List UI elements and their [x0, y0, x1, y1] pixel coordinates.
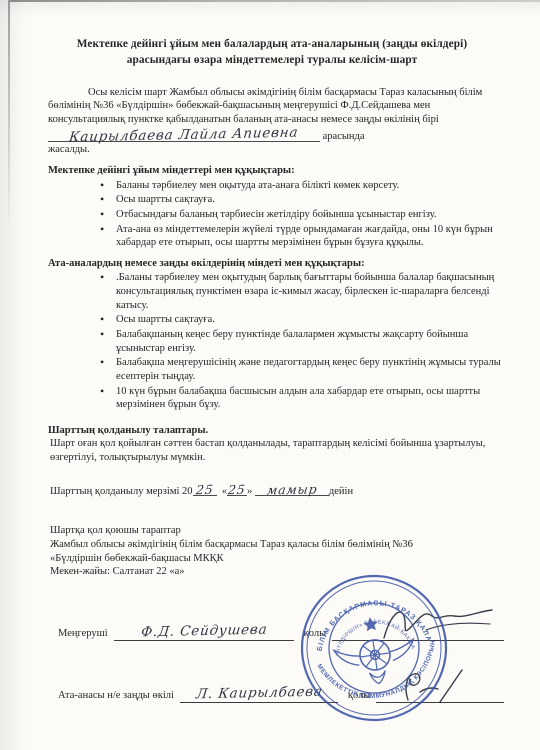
parent-name-blank: Каирылбаева Лайла Апиевна — [48, 127, 320, 142]
bullet-item: Осы шартты сақтауға. — [100, 313, 504, 327]
parent-signature-row: Ата-анасы н/е заңды өкілі Л. Каирылбаева… — [58, 685, 504, 703]
handwritten-month: мамыр — [266, 481, 318, 498]
day-blank: 25 — [227, 482, 247, 496]
scanned-contract-page: Мектепке дейінгі ұйым мен балалардың ата… — [0, 0, 540, 750]
manager-signature-blank — [332, 623, 504, 641]
parent-obligations-list: .Баланы тәрбиелеу мен оқытудың барлық ба… — [48, 271, 504, 411]
handwritten-manager-name: Ф.Д. Сейдушева — [139, 622, 267, 642]
intro-text: арасында — [323, 131, 365, 142]
parties-line: «Бүлдіршін бөбекжай-бақшасы МКҚК — [50, 552, 504, 566]
quote-close: » — [247, 486, 252, 497]
preschool-obligations-list: Баланы тәрбиелеу мен оқытуда ата-анаға б… — [48, 179, 504, 250]
signing-parties-block: Шартқа қол қоюшы тараптар Жамбыл облысы … — [50, 524, 504, 579]
scan-edge-artifact — [8, 0, 10, 230]
title-line: Мектепке дейінгі ұйым мен балалардың ата… — [50, 36, 494, 52]
document-title: Мектепке дейінгі ұйым мен балалардың ата… — [50, 36, 494, 69]
manager-signature-row: Меңгеруші Ф.Д. Сейдушева қолы — [58, 623, 504, 641]
bullet-item: Осы шартты сақтауға. — [100, 193, 504, 207]
parties-line: Мекен-жайы: Салтанат 22 «а» — [50, 565, 504, 579]
manager-sign-label: қолы — [294, 627, 333, 641]
handwritten-parent-shortname: Л. Каирылбаева — [195, 684, 324, 704]
handwritten-year: 25 — [195, 482, 214, 499]
intro-text: Осы келісім шарт Жамбыл облысы әкімдігін… — [48, 87, 482, 125]
parent-sign-label: қолы — [338, 689, 377, 703]
handwritten-parent-fullname: Каирылбаева Лайла Апиевна — [68, 124, 299, 146]
scan-edge-artifact — [10, 0, 540, 2]
terms-heading: Шарттың қолданылу талаптары. — [48, 424, 504, 438]
bullet-item: Баланы тәрбиелеу мен оқытуда ата-анаға б… — [100, 179, 504, 193]
manager-label: Меңгеруші — [58, 627, 114, 641]
handwritten-day: 25 — [227, 482, 246, 499]
terms-body: Шарт оған қол қойылған сәттен бастап қол… — [50, 437, 504, 464]
parent-signature-stroke — [390, 666, 480, 706]
validity-date-line: Шарттың қолданылу мерзімі 2025 «25» мамы… — [50, 482, 504, 499]
bullet-item: Балабақша меңгерушісінің және педагогтар… — [100, 356, 504, 383]
year-blank: 25 — [193, 482, 217, 496]
bullet-item: Балабақшаның кеңес беру пунктінде балала… — [100, 328, 504, 355]
section-heading-preschool: Мектепке дейінгі ұйым міндеттері мен құқ… — [48, 164, 504, 178]
section-heading-parents: Ата-аналардың немесе заңды өкілдерінің м… — [48, 257, 504, 271]
bullet-item: 10 күн бұрын балабақша басшысын алдын ал… — [100, 385, 504, 412]
validity-suffix: дейін — [329, 486, 353, 497]
manager-name-blank: Ф.Д. Сейдушева — [114, 623, 294, 641]
bullet-item: .Баланы тәрбиелеу мен оқытудың барлық ба… — [100, 271, 504, 312]
manager-signature-stroke — [380, 600, 498, 644]
parties-line: Жамбыл облысы әкімдігінің білім басқарма… — [50, 538, 504, 552]
month-blank: мамыр — [255, 482, 329, 496]
intro-paragraph: Осы келісім шарт Жамбыл облысы әкімдігін… — [48, 86, 504, 144]
bullet-item: Ата-ана өз міндеттемелерін жүйелі түрде … — [100, 223, 504, 250]
title-line: арасындағы өзара міндеттемелері туралы к… — [50, 52, 494, 68]
parent-label: Ата-анасы н/е заңды өкілі — [58, 689, 180, 703]
validity-prefix: Шарттың қолданылу мерзімі 20 — [50, 486, 193, 497]
parent-name-blank2: Л. Каирылбаева — [180, 685, 338, 703]
bullet-item: Отбасындағы баланың тәрбиесін жетілдіру … — [100, 208, 504, 222]
parent-signature-blank — [376, 685, 504, 703]
parties-line: Шартқа қол қоюшы тараптар — [50, 524, 504, 538]
